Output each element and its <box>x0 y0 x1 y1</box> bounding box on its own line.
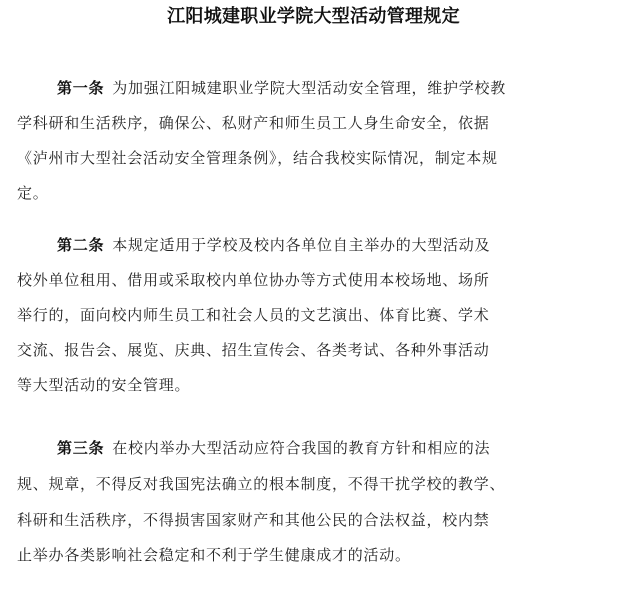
document-title: 江阳城建职业学院大型活动管理规定 <box>0 2 627 28</box>
article-2-line-4: 交流、报告会、展览、庆典、招生宣传会、各类考试、各种外事活动 <box>17 340 490 360</box>
article-1-line-1: 第一条为加强江阳城建职业学院大型活动安全管理，维护学校教 <box>57 78 506 98</box>
article-2-line-5: 等大型活动的安全管理。 <box>17 375 190 395</box>
article-text: 本规定适用于学校及校内各单位自主举办的大型活动及 <box>112 236 490 254</box>
article-3-line-2: 规、规章，不得反对我国宪法确立的根本制度，不得干扰学校的教学、 <box>17 474 505 494</box>
article-1-line-4: 定。 <box>17 183 49 203</box>
article-2-line-1: 第二条本规定适用于学校及校内各单位自主举办的大型活动及 <box>57 235 490 255</box>
article-label: 第三条 <box>57 439 104 457</box>
article-text: 为加强江阳城建职业学院大型活动安全管理，维护学校教 <box>112 79 506 97</box>
article-2-line-2: 校外单位租用、借用或采取校内单位协办等方式使用本校场地、场所 <box>17 270 490 290</box>
article-label: 第一条 <box>57 79 104 97</box>
article-3-line-1: 第三条在校内举办大型活动应符合我国的教育方针和相应的法 <box>57 438 490 458</box>
article-3-line-3: 科研和生活秩序，不得损害国家财产和其他公民的合法权益，校内禁 <box>17 510 490 530</box>
article-3-line-4: 止举办各类影响社会稳定和不利于学生健康成才的活动。 <box>17 545 411 565</box>
article-label: 第二条 <box>57 236 104 254</box>
article-1-line-2: 学科研和生活秩序，确保公、私财产和师生员工人身生命安全，依据 <box>17 113 490 133</box>
article-1-line-3: 《泸州市大型社会活动安全管理条例》，结合我校实际情况，制定本规 <box>17 148 498 168</box>
article-text: 在校内举办大型活动应符合我国的教育方针和相应的法 <box>112 439 490 457</box>
article-2-line-3: 举行的，面向校内师生员工和社会人员的文艺演出、体育比赛、学术 <box>17 305 490 325</box>
